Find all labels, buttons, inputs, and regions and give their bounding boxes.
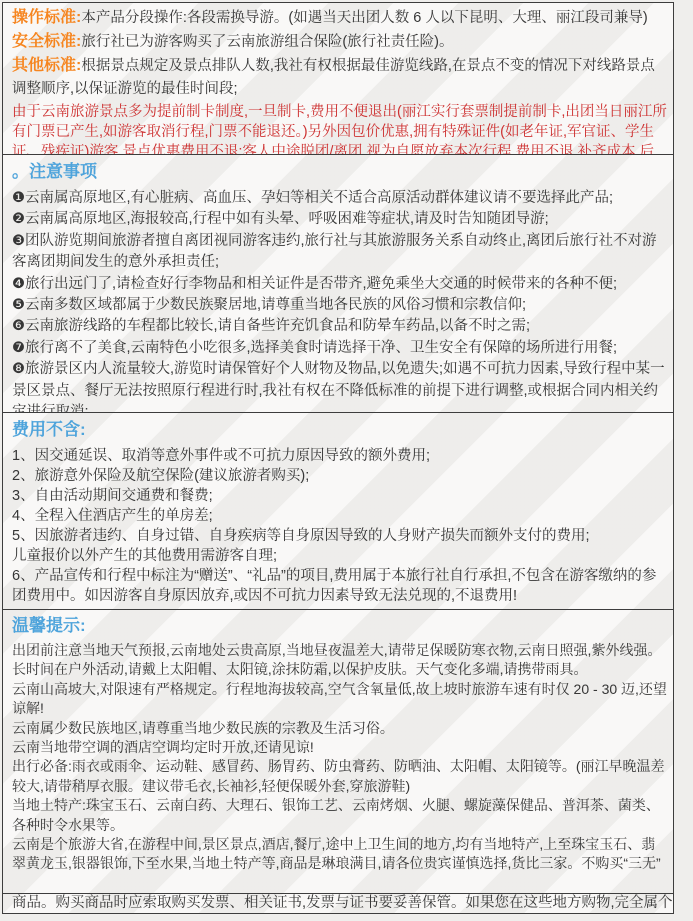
fees-section: 费用不含: 1、因交通延误、取消等意外事件或不可抗力原因导致的额外费用; 2、旅… bbox=[3, 413, 673, 610]
standard-text: 根据景点规定及景点排队人数,我社有权根据最佳游览线路,在景点不变的情况下对线路景… bbox=[12, 58, 655, 97]
tip-paragraph: 出团前注意当地天气预报,云南地处云贵高原,当地昼夜温差大,请带足保暖防寒衣物,云… bbox=[12, 641, 667, 680]
notes-heading: 。注意事项 bbox=[12, 155, 667, 188]
fee-item: 儿童报价以外产生的其他费用需游客自理; bbox=[12, 546, 667, 566]
fees-heading: 费用不含: bbox=[12, 413, 667, 446]
tip-paragraph: 云南山高坡大,对限速有严格规定。行程地海拔较高,空气含氧量低,故上坡时旅游车速有… bbox=[12, 680, 667, 719]
fee-item: 4、全程入住酒店产生的单房差; bbox=[12, 506, 667, 526]
standard-label: 安全标准: bbox=[12, 33, 81, 50]
fee-item: 5、因旅游者违约、自身过错、自身疾病等自身原因导致的人身财产损失而额外支付的费用… bbox=[12, 526, 667, 546]
standard-row: 安全标准:旅行社已为游客购买了云南旅游组合保险(旅行社责任险)。 bbox=[12, 30, 667, 54]
fee-item: 1、因交通延误、取消等意外事件或不可抗力原因导致的额外费用; bbox=[12, 446, 667, 466]
standards-section: 操作标准:本产品分段操作:各段需换导游。(如遇当天出团人数 6 人以下昆明、大理… bbox=[3, 3, 673, 155]
note-item: ❶云南属高原地区,有心脏病、高血压、孕妇等相关不适合高原活动群体建议请不要选择此… bbox=[12, 188, 667, 209]
footer-text: 商品。购买商品时应索取购买发票、相关证书,发票与证书要妥善保管。如果您在这些地方… bbox=[12, 894, 667, 913]
tip-paragraph: 出行必备:雨衣或雨伞、运动鞋、感冒药、肠胃药、防虫膏药、防晒油、太阳帽、太阳镜等… bbox=[12, 757, 667, 796]
tips-heading: 温馨提示: bbox=[12, 610, 667, 641]
tip-paragraph: 云南当地带空调的酒店空调均定时开放,还请见谅! bbox=[12, 738, 667, 757]
standard-label: 其他标准: bbox=[12, 57, 81, 74]
notes-section: 。注意事项 ❶云南属高原地区,有心脏病、高血压、孕妇等相关不适合高原活动群体建议… bbox=[3, 155, 673, 413]
note-item: ❹旅行出远门了,请检查好行李物品和相关证件是否带齐,避免乘坐大交通的时候带来的各… bbox=[12, 274, 667, 295]
fee-item: 2、旅游意外保险及航空保险(建议旅游者购买); bbox=[12, 466, 667, 486]
standard-row: 操作标准:本产品分段操作:各段需换导游。(如遇当天出团人数 6 人以下昆明、大理… bbox=[12, 6, 667, 30]
note-item: ❸团队游览期间旅游者擅自离团视同游客违约,旅行社与其旅游服务关系自动终止,离团后… bbox=[12, 231, 667, 274]
standard-row: 其他标准:根据景点规定及景点排队人数,我社有权根据最佳游览线路,在景点不变的情况… bbox=[12, 54, 667, 101]
note-item: ❽旅游景区内人流量较大,游览时请保管好个人财物及物品,以免遗失;如遇不可抗力因素… bbox=[12, 359, 667, 413]
fee-item: 3、自由活动期间交通费和餐费; bbox=[12, 486, 667, 506]
policy-warning-text: 由于云南旅游景点多为提前制卡制度,一旦制卡,费用不便退出(丽江实行套票制提前制卡… bbox=[12, 102, 667, 155]
note-item: ❷云南属高原地区,海报较高,行程中如有头晕、呼吸困难等症状,请及时告知随团导游; bbox=[12, 209, 667, 230]
tips-section: 温馨提示: 出团前注意当地天气预报,云南地处云贵高原,当地昼夜温差大,请带足保暖… bbox=[3, 610, 673, 894]
standard-label: 操作标准: bbox=[12, 9, 81, 26]
footer-strip: 商品。购买商品时应索取购买发票、相关证书,发票与证书要妥善保管。如果您在这些地方… bbox=[3, 894, 673, 913]
tip-paragraph: 云南属少数民族地区,请尊重当地少数民族的宗教及生活习俗。 bbox=[12, 719, 667, 738]
tip-paragraph: 云南是个旅游大省,在游程中间,景区景点,酒店,餐厅,途中上卫生间的地方,均有当地… bbox=[12, 835, 667, 874]
document-panel: 操作标准:本产品分段操作:各段需换导游。(如遇当天出团人数 6 人以下昆明、大理… bbox=[2, 2, 674, 914]
note-item: ❼旅行离不了美食,云南特色小吃很多,选择美食时请选择干净、卫生安全有保障的场所进… bbox=[12, 338, 667, 359]
note-item: ❻云南旅游线路的车程都比较长,请自备些许充饥食品和防晕车药品,以备不时之需; bbox=[12, 316, 667, 337]
standard-text: 旅行社已为游客购买了云南旅游组合保险(旅行社责任险)。 bbox=[81, 34, 453, 50]
standard-text: 本产品分段操作:各段需换导游。(如遇当天出团人数 6 人以下昆明、大理、丽江段司… bbox=[81, 10, 647, 26]
note-item: ❺云南多数区域都属于少数民族聚居地,请尊重当地各民族的风俗习惯和宗教信仰; bbox=[12, 295, 667, 316]
fee-item: 6、产品宣传和行程中标注为“赠送”、“礼品”的项目,费用属于本旅行社自行承担,不… bbox=[12, 566, 667, 606]
tip-paragraph: 当地土特产:珠宝玉石、云南白药、大理石、银饰工艺、云南烤烟、火腿、螺旋藻保健品、… bbox=[12, 796, 667, 835]
